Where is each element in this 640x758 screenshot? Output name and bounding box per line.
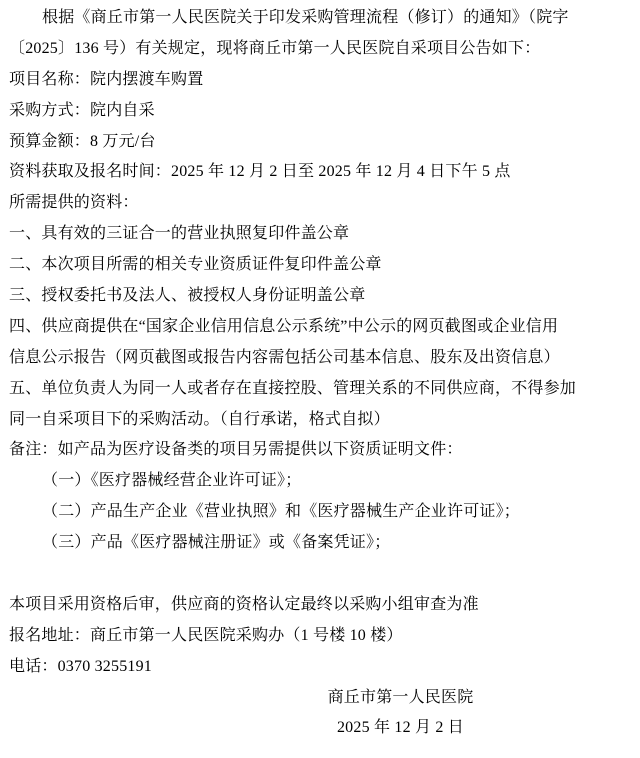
- materials-item-2: 二、本次项目所需的相关专业资质证件复印件盖公章: [9, 250, 632, 281]
- budget-line: 预算金额：8 万元/台: [9, 127, 632, 158]
- qualification-review-line: 本项目采用资格后审，供应商的资格认定最终以采购小组审查为准: [9, 590, 632, 621]
- signature-date: 2025 年 12 月 2 日: [9, 713, 632, 744]
- registration-address-line: 报名地址：商丘市第一人民医院采购办（1 号楼 10 楼）: [9, 621, 632, 652]
- intro-line-1: 根据《商丘市第一人民医院关于印发采购管理流程（修订）的通知》（院字: [9, 3, 632, 34]
- notes-item-2: （二）产品生产企业《营业执照》和《医疗器械生产企业许可证》；: [9, 497, 632, 528]
- schedule-line: 资料获取及报名时间：2025 年 12 月 2 日至 2025 年 12 月 4…: [9, 157, 632, 188]
- materials-item-4-line-1: 四、供应商提供在“国家企业信用信息公示系统”中公示的网页截图或企业信用: [9, 312, 632, 343]
- notes-item-3: （三）产品《医疗器械注册证》或《备案凭证》；: [9, 528, 632, 559]
- procurement-method-line: 采购方式：院内自采: [9, 96, 632, 127]
- notes-item-1: （一）《医疗器械经营企业许可证》；: [9, 466, 632, 497]
- project-name-line: 项目名称：院内摆渡车购置: [9, 65, 632, 96]
- intro-line-2: 〔2025〕136 号）有关规定，现将商丘市第一人民医院自采项目公告如下：: [9, 34, 632, 65]
- materials-item-1: 一、具有效的三证合一的营业执照复印件盖公章: [9, 219, 632, 250]
- blank-line: [9, 559, 632, 590]
- materials-item-5-line-2: 同一自采项目下的采购活动。（自行承诺，格式自拟）: [9, 405, 632, 436]
- notes-heading: 备注：如产品为医疗设备类的项目另需提供以下资质证明文件：: [9, 435, 632, 466]
- phone-line: 电话：0370 3255191: [9, 652, 632, 683]
- materials-item-5-line-1: 五、单位负责人为同一人或者存在直接控股、管理关系的不同供应商，不得参加: [9, 374, 632, 405]
- materials-item-4-line-2: 信息公示报告（网页截图或报告内容需包括公司基本信息、股东及出资信息）: [9, 343, 632, 374]
- signature-organization: 商丘市第一人民医院: [9, 683, 632, 714]
- materials-heading: 所需提供的资料：: [9, 188, 632, 219]
- materials-item-3: 三、授权委托书及法人、被授权人身份证明盖公章: [9, 281, 632, 312]
- procurement-notice-document: 根据《商丘市第一人民医院关于印发采购管理流程（修订）的通知》（院字 〔2025〕…: [0, 0, 640, 744]
